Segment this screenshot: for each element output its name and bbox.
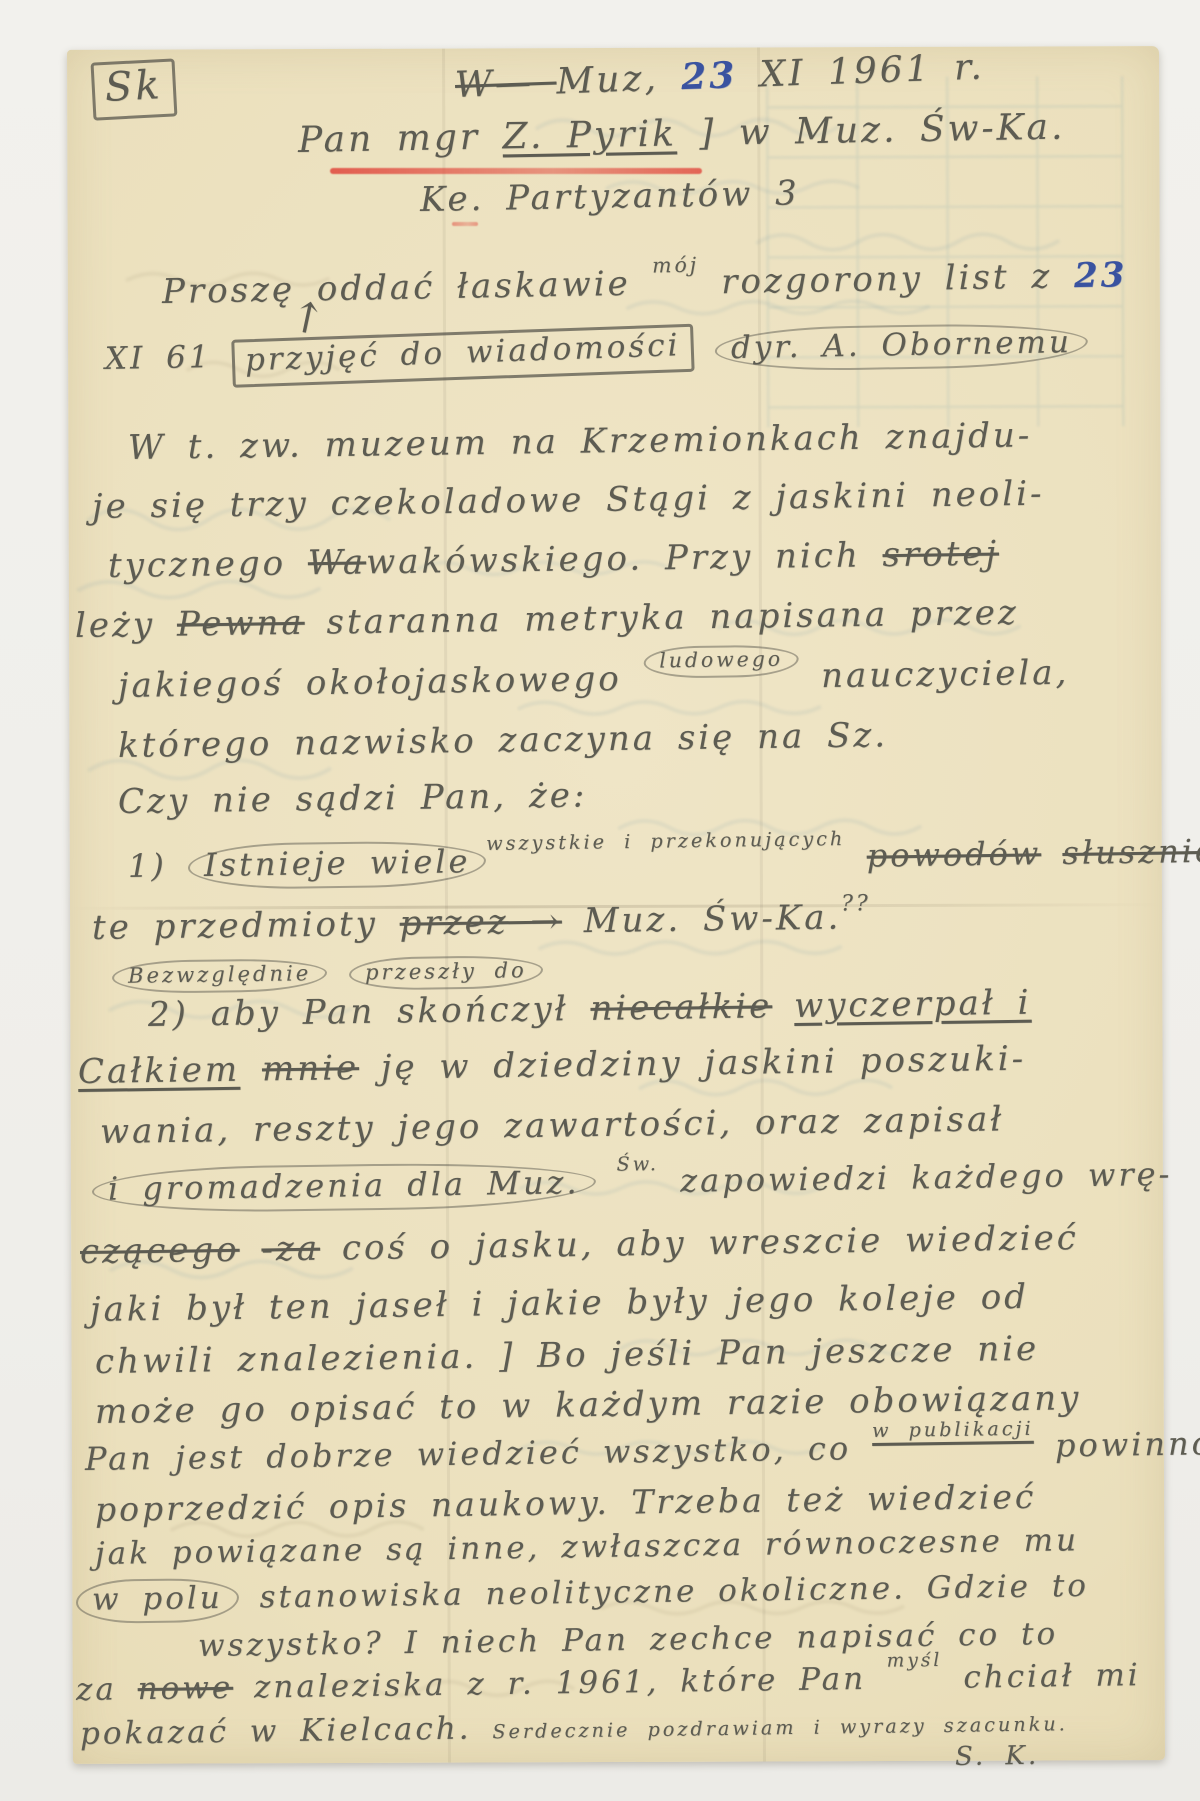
- text-segment: zapowiedzi każdego wrę-: [659, 1155, 1173, 1200]
- text-segment: je się trzy czekoladowe Stągi z jaskini …: [92, 474, 1045, 527]
- text-segment: nowe: [137, 1670, 233, 1707]
- text-segment: [240, 1049, 262, 1089]
- text-segment: 1): [128, 846, 189, 885]
- text-segment: pokazać w Kielcach.: [80, 1710, 493, 1752]
- text-segment: chwili znalezienia. ] Bo jeśli Pan jeszc…: [95, 1329, 1040, 1382]
- body-7: Czy nie sądzi Pan, że:: [118, 775, 588, 822]
- text-segment: ludowego: [643, 644, 799, 678]
- text-segment: -za: [261, 1229, 320, 1270]
- text-segment: [1041, 834, 1063, 872]
- address-street: Ke. Partyzantów 3: [420, 173, 800, 220]
- body-4: leży Pewna staranna metryka napisana prz…: [75, 593, 1019, 646]
- text-segment: S. K.: [955, 1741, 1040, 1772]
- text-segment: Wa: [308, 542, 367, 583]
- text-segment: [595, 1163, 617, 1201]
- text-segment: jaki był ten jaseł i jakie były jego kol…: [90, 1277, 1029, 1330]
- body-22: w polu stanowiska neolityczne okoliczne.…: [76, 1566, 1090, 1624]
- text-segment: czącego: [80, 1230, 240, 1272]
- text-segment: Serdecznie pozdrawiam i wyrazy szacunku.: [492, 1712, 1068, 1743]
- body-9: te przedmioty przez → Muz. Św-Ka.??: [92, 897, 872, 948]
- text-segment: powodów: [866, 834, 1041, 874]
- text-segment: 23: [1074, 255, 1128, 296]
- text-segment: jak powiązane są inne, zwłaszcza równocz…: [95, 1522, 1080, 1572]
- body-12: Całkiem mnie ję w dziedziny jaskini posz…: [78, 1039, 1027, 1092]
- text-segment: W t. zw. muzeum na Krzemionkach znajdu-: [128, 415, 1033, 468]
- text-segment: ję w dziedziny jaskini poszuki-: [359, 1039, 1027, 1088]
- text-segment: i gromadzenia dla Muz.: [92, 1161, 596, 1214]
- text-segment: Istnieje wiele: [188, 840, 487, 890]
- body-21: jak powiązane są inne, zwłaszcza równocz…: [95, 1522, 1080, 1572]
- text-segment: Sk: [91, 58, 178, 120]
- request-line-2: XI 61 przyjęć do wiadomości dyr. A. Obor…: [105, 321, 1089, 386]
- body-5: jakiegoś okołojaskowego ludowego nauczyc…: [118, 653, 1070, 708]
- text-segment: Z. Pyrik: [502, 113, 677, 157]
- body-19: Pan jest dobrze wiedzieć wszystko, co w …: [85, 1424, 1200, 1478]
- body-15: czącego -za coś o jasku, aby wreszcie wi…: [80, 1218, 1079, 1272]
- body-16: jaki był ten jaseł i jakie były jego kol…: [90, 1277, 1029, 1330]
- body-25: pokazać w Kielcach. Serdecznie pozdrawia…: [80, 1702, 1068, 1752]
- text-segment: [327, 949, 349, 989]
- text-segment: Bezwzględnie: [112, 958, 328, 994]
- text-segment: niecałkie: [590, 986, 772, 1029]
- text-segment: 23: [680, 54, 738, 98]
- text-segment: przez →: [399, 901, 562, 943]
- body-17: chwili znalezienia. ] Bo jeśli Pan jeszc…: [95, 1329, 1040, 1382]
- body-24: za nowe znaleziska z r. 1961, które Pan …: [76, 1657, 1141, 1708]
- text-segment: XI 1961 r.: [737, 47, 986, 97]
- body-10: Bezwzględnie przeszły do: [112, 946, 543, 994]
- text-segment: ] w Muz. Św-Ka.: [676, 107, 1065, 155]
- addressee-line: Pan mgr Z. Pyrik ] w Muz. Św-Ka.: [298, 107, 1066, 161]
- text-segment: Ke. Partyzantów 3: [420, 173, 800, 220]
- text-segment: coś o jasku, aby wreszcie wiedzieć: [320, 1218, 1079, 1269]
- text-segment: Całkiem: [78, 1050, 241, 1092]
- text-segment: rozgorony list z: [699, 256, 1074, 303]
- text-segment: w polu: [76, 1578, 239, 1624]
- text-segment: myśl: [886, 1650, 942, 1672]
- text-segment: dyr. A. Obornemu: [715, 322, 1089, 373]
- text-segment: wakówskiego. Przy nich: [366, 535, 883, 582]
- body-8: 1) Istnieje wiele wszystkie i przekonują…: [128, 829, 1200, 891]
- text-segment: za: [76, 1671, 138, 1708]
- body-6: którego nazwisko zaczyna się na Sz.: [118, 715, 889, 766]
- text-segment: Czy nie sądzi Pan, że:: [118, 775, 588, 822]
- signature: S. K.: [955, 1741, 1040, 1772]
- text-segment: leży: [75, 605, 177, 646]
- text-segment: w publikacji: [872, 1417, 1034, 1442]
- body-13: wania, reszty jego zawartości, oraz zapi…: [100, 1099, 1005, 1152]
- text-segment: stanowiska neolityczne okoliczne. Gdzie …: [238, 1568, 1089, 1616]
- body-3: tycznego Wawakówskiego. Przy nich srotej: [108, 534, 1000, 586]
- text-segment: staranna metryka napisana przez: [304, 593, 1019, 643]
- scanned-letter-page: { "page": { "background_color": "#f1f0ec…: [0, 0, 1200, 1801]
- corner-mark: Sk: [91, 59, 177, 120]
- text-segment: wszystkie i przekonujących: [486, 827, 845, 855]
- text-segment: chciał mi: [942, 1657, 1141, 1696]
- text-segment: XI 61: [105, 339, 233, 377]
- text-segment: [239, 1229, 261, 1269]
- text-segment: tycznego: [108, 543, 308, 586]
- text-segment: [772, 986, 794, 1026]
- text-segment: nauczyciela,: [799, 653, 1070, 697]
- text-segment: Proszę oddać łaskawie: [162, 263, 653, 312]
- handwriting-layer: SkW— Muz, 23 XI 1961 r.Pan mgr Z. Pyrik …: [0, 0, 1200, 1801]
- text-segment: [845, 837, 867, 875]
- text-segment: poprzedzić opis naukowy. Trzeba też wied…: [95, 1477, 1037, 1529]
- text-segment: 2) aby Pan skończył: [148, 989, 591, 1035]
- text-segment: ??: [841, 890, 871, 916]
- text-segment: znaleziska z r. 1961, które Pan: [233, 1661, 887, 1706]
- date-line: W— Muz, 23 XI 1961 r.: [454, 46, 985, 106]
- text-segment: którego nazwisko zaczyna się na Sz.: [118, 715, 889, 766]
- body-14: i gromadzenia dla Muz. Św. zapowiedzi ka…: [92, 1153, 1173, 1214]
- text-segment: Pan mgr: [298, 116, 503, 161]
- body-2: je się trzy czekoladowe Stągi z jaskini …: [92, 474, 1045, 527]
- text-segment: Św.: [616, 1152, 659, 1176]
- text-segment: Muz,: [556, 57, 682, 102]
- text-segment: wyczerpał i: [794, 983, 1032, 1026]
- text-segment: [694, 330, 715, 366]
- text-segment: jakiegoś okołojaskowego: [118, 659, 644, 706]
- text-segment: Pan jest dobrze wiedzieć wszystko, co: [85, 1429, 873, 1478]
- text-segment: Muz. Św-Ka.: [562, 898, 842, 942]
- body-20: poprzedzić opis naukowy. Trzeba też wied…: [95, 1477, 1037, 1529]
- text-segment: wania, reszty jego zawartości, oraz zapi…: [100, 1099, 1005, 1152]
- text-segment: mnie: [262, 1048, 360, 1089]
- text-segment: W—: [454, 61, 557, 106]
- text-segment: te przedmioty: [92, 904, 400, 948]
- text-segment: srotej: [882, 534, 999, 576]
- text-segment: powinno: [1034, 1424, 1200, 1465]
- text-segment: przeszły do: [349, 955, 543, 991]
- text-segment: Pewna: [177, 603, 305, 645]
- text-segment: słusznie: [1062, 832, 1200, 872]
- text-segment: mój: [652, 253, 699, 278]
- body-1: W t. zw. muzeum na Krzemionkach znajdu-: [128, 415, 1033, 468]
